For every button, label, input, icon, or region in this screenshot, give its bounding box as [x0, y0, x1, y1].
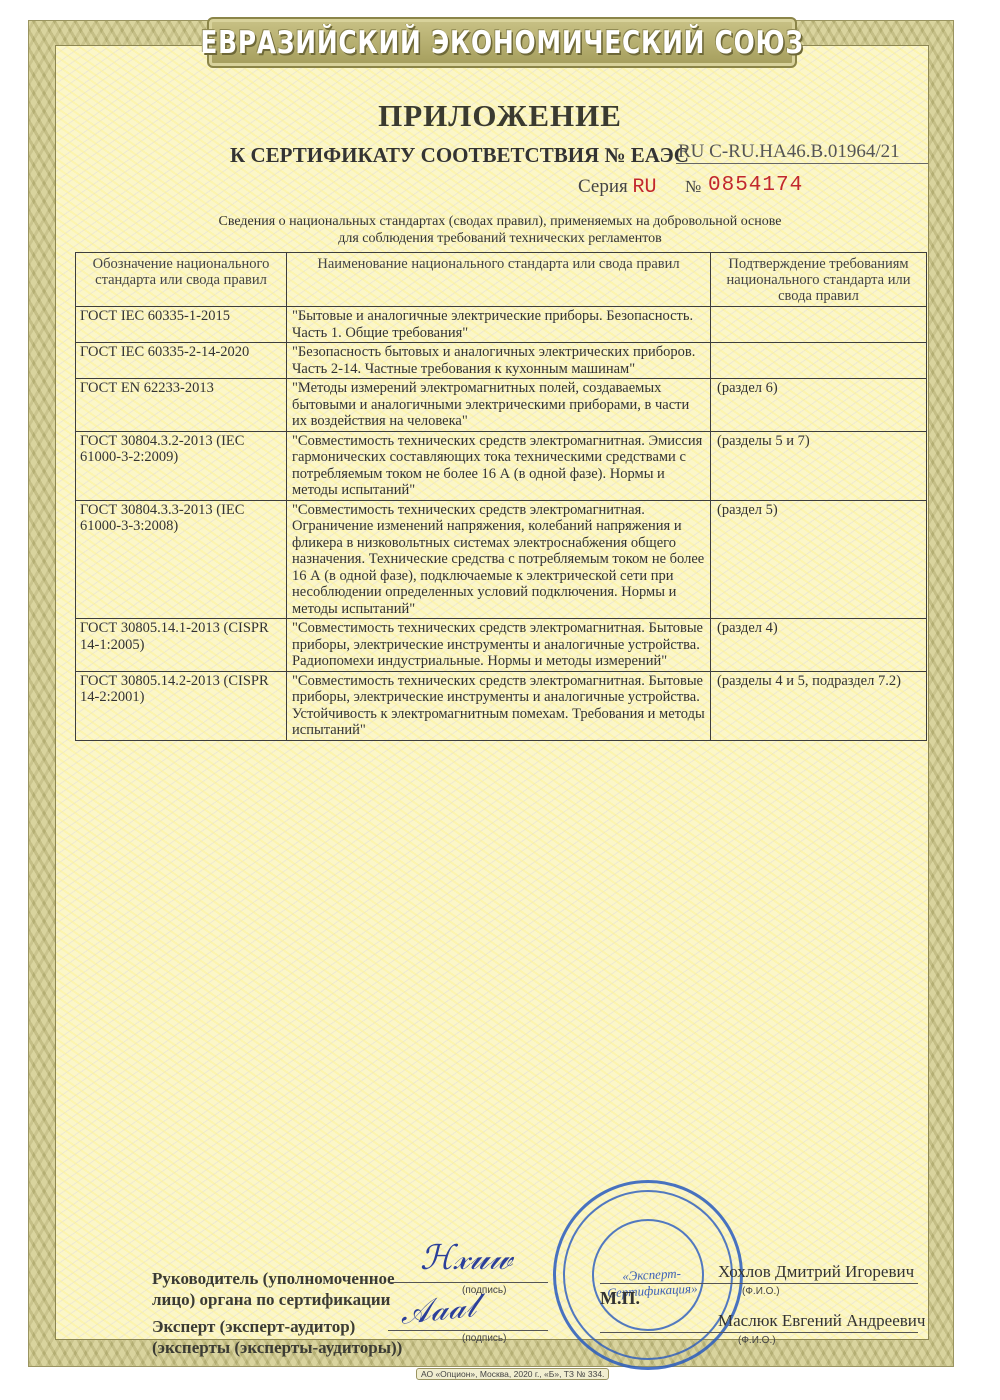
- series-field: Серия RU: [578, 176, 657, 199]
- standard-designation: ГОСТ 30805.14.2-2013 (CISPR 14-2:2001): [76, 671, 287, 740]
- table-row: ГОСТ 30805.14.1-2013 (CISPR 14-1:2005)"С…: [76, 619, 927, 672]
- blank-number-label: №: [685, 177, 701, 197]
- expert-name-caption: (Ф.И.О.): [738, 1335, 776, 1346]
- standard-name: "Совместимость технических средств элект…: [287, 671, 711, 740]
- standard-designation: ГОСТ IEC 60335-1-2015: [76, 307, 287, 343]
- head-label: Руководитель (уполномоченное лицо) орган…: [152, 1268, 395, 1310]
- standard-designation: ГОСТ EN 62233-2013: [76, 379, 287, 432]
- table-header-row: Обозначение национального стандарта или …: [76, 253, 927, 307]
- standard-designation: ГОСТ 30805.14.1-2013 (CISPR 14-1:2005): [76, 619, 287, 672]
- table-row: ГОСТ IEC 60335-2-14-2020"Безопасность бы…: [76, 343, 927, 379]
- column-header-designation: Обозначение национального стандарта или …: [76, 253, 287, 307]
- standard-confirmation: (разделы 4 и 5, подраздел 7.2): [711, 671, 927, 740]
- head-signature: ℋ𝓍𝓊𝓌: [420, 1238, 512, 1278]
- expert-signature: 𝒜𝒶𝒶𝓁: [398, 1286, 478, 1333]
- standard-name: "Безопасность бытовых и аналогичных элек…: [287, 343, 711, 379]
- head-signature-line: [388, 1282, 548, 1283]
- standard-designation: ГОСТ 30804.3.2-2013 (IEC 61000-3-2:2009): [76, 431, 287, 500]
- certificate-label: К СЕРТИФИКАТУ СООТВЕТСТВИЯ № ЕАЭС: [230, 143, 689, 168]
- standard-confirmation: (разделы 5 и 7): [711, 431, 927, 500]
- union-banner: ЕВРАЗИЙСКИЙ ЭКОНОМИЧЕСКИЙ СОЮЗ: [207, 17, 797, 68]
- standard-designation: ГОСТ IEC 60335-2-14-2020: [76, 343, 287, 379]
- intro-line-2: для соблюдения требований технических ре…: [150, 230, 850, 247]
- head-name: Хохлов Дмитрий Игоревич: [718, 1262, 914, 1282]
- standard-confirmation: (раздел 4): [711, 619, 927, 672]
- expert-signature-caption: (подпись): [462, 1333, 506, 1344]
- table-row: ГОСТ 30804.3.3-2013 (IEC 61000-3-3:2008)…: [76, 500, 927, 619]
- expert-label: Эксперт (эксперт-аудитор) (эксперты (экс…: [152, 1316, 402, 1358]
- standard-confirmation: (раздел 5): [711, 500, 927, 619]
- document-title: ПРИЛОЖЕНИЕ: [0, 98, 1000, 134]
- standard-name: "Методы измерений электромагнитных полей…: [287, 379, 711, 432]
- standard-name: "Совместимость технических средств элект…: [287, 619, 711, 672]
- expert-name-line: [600, 1332, 918, 1333]
- printer-imprint: АО «Опцион», Москва, 2020 г., «Б», ТЗ № …: [416, 1368, 609, 1380]
- blank-number-value: 0854174: [708, 174, 803, 197]
- union-banner-text: ЕВРАЗИЙСКИЙ ЭКОНОМИЧЕСКИЙ СОЮЗ: [200, 25, 803, 61]
- table-row: ГОСТ EN 62233-2013"Методы измерений элек…: [76, 379, 927, 432]
- standard-name: "Совместимость технических средств элект…: [287, 500, 711, 619]
- standard-designation: ГОСТ 30804.3.3-2013 (IEC 61000-3-3:2008): [76, 500, 287, 619]
- expert-name: Маслюк Евгений Андреевич: [718, 1311, 925, 1331]
- standards-table: Обозначение национального стандарта или …: [75, 252, 927, 741]
- official-stamp: «Эксперт-Сертификация»: [553, 1180, 743, 1370]
- column-header-name: Наименование национального стандарта или…: [287, 253, 711, 307]
- standard-confirmation: [711, 307, 927, 343]
- standard-name: "Бытовые и аналогичные электрические при…: [287, 307, 711, 343]
- certificate-number: RU C-RU.НА46.В.01964/21: [676, 141, 928, 164]
- head-name-caption: (Ф.И.О.): [742, 1286, 780, 1297]
- intro-line-1: Сведения о национальных стандартах (свод…: [150, 213, 850, 230]
- series-label: Серия: [578, 176, 628, 197]
- head-name-line: [600, 1283, 918, 1284]
- stamp-place-label: М.П.: [600, 1288, 640, 1309]
- table-row: ГОСТ 30804.3.2-2013 (IEC 61000-3-2:2009)…: [76, 431, 927, 500]
- intro-text: Сведения о национальных стандартах (свод…: [150, 213, 850, 247]
- table-row: ГОСТ 30805.14.2-2013 (CISPR 14-2:2001)"С…: [76, 671, 927, 740]
- standard-confirmation: (раздел 6): [711, 379, 927, 432]
- standard-confirmation: [711, 343, 927, 379]
- column-header-confirmation: Подтверждение требованиям национального …: [711, 253, 927, 307]
- series-value: RU: [633, 176, 657, 199]
- table-row: ГОСТ IEC 60335-1-2015"Бытовые и аналогич…: [76, 307, 927, 343]
- standard-name: "Совместимость технических средств элект…: [287, 431, 711, 500]
